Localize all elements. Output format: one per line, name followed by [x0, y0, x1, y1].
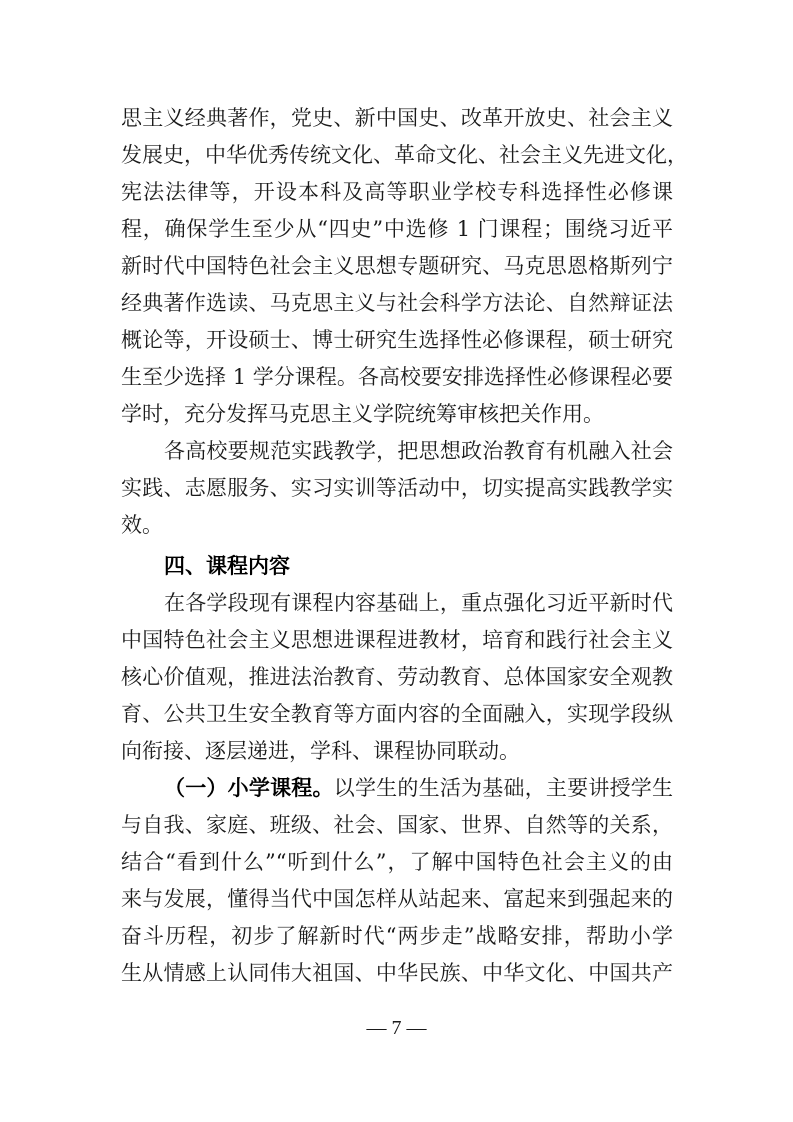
body-text-line: 新时代中国特色社会主义思想专题研究、马克思恩格斯列宁	[121, 251, 673, 281]
body-text-line: 发展史，中华优秀传统文化、革命文化、社会主义先进文化，	[121, 140, 673, 170]
body-text-line: 效。	[121, 510, 673, 540]
body-text-line: 生从情感上认同伟大祖国、中华民族、中华文化、中国共产	[121, 958, 673, 988]
body-text-line: 实践、志愿服务、实习实训等活动中，切实提高实践教学实	[121, 473, 673, 503]
body-text-line: 与自我、家庭、班级、社会、国家、世界、自然等的关系，	[121, 810, 673, 840]
paragraph-first-line: 各高校要规范实践教学，把思想政治教育有机融入社会	[164, 436, 673, 466]
body-text-line: 宪法法律等，开设本科及高等职业学校专科选择性必修课	[121, 177, 673, 207]
body-text-line: 概论等，开设硕士、博士研究生选择性必修课程，硕士研究	[121, 325, 673, 355]
document-page: 思主义经典著作，党史、新中国史、改革开放史、社会主义 发展史，中华优秀传统文化、…	[0, 0, 793, 1122]
page-number: — 7 —	[0, 1017, 793, 1040]
body-text-line: 育、公共卫生安全教育等方面内容的全面融入，实现学段纵	[121, 699, 673, 729]
body-text-line: 结合“看到什么”“听到什么”，了解中国特色社会主义的由	[121, 847, 673, 877]
subsection-first-line: （一）小学课程。以学生的生活为基础，主要讲授学生	[164, 773, 673, 803]
section-heading: 四、课程内容	[164, 551, 673, 581]
body-text-line: 中国特色社会主义思想进课程进教材，培育和践行社会主义	[121, 625, 673, 655]
body-text-line: 学时，充分发挥马克思主义学院统筹审核把关作用。	[121, 399, 673, 429]
body-text-line: 生至少选择 1 学分课程。各高校要安排选择性必修课程必要	[121, 362, 673, 392]
body-text-line: 向衔接、逐层递进，学科、课程协同联动。	[121, 736, 673, 766]
subsection-title: （一）小学课程。	[164, 776, 334, 800]
subsection-text: 以学生的生活为基础，主要讲授学生	[334, 776, 673, 800]
body-text-line: 奋斗历程，初步了解新时代“两步走”战略安排，帮助小学	[121, 921, 673, 951]
body-text-line: 思主义经典著作，党史、新中国史、改革开放史、社会主义	[121, 103, 673, 133]
body-text-line: 核心价值观，推进法治教育、劳动教育、总体国家安全观教	[121, 662, 673, 692]
body-text-line: 程，确保学生至少从“四史”中选修 1 门课程；围绕习近平	[121, 214, 673, 244]
body-text-line: 来与发展，懂得当代中国怎样从站起来、富起来到强起来的	[121, 884, 673, 914]
paragraph-first-line: 在各学段现有课程内容基础上，重点强化习近平新时代	[164, 588, 673, 618]
body-text-line: 经典著作选读、马克思主义与社会科学方法论、自然辩证法	[121, 288, 673, 318]
